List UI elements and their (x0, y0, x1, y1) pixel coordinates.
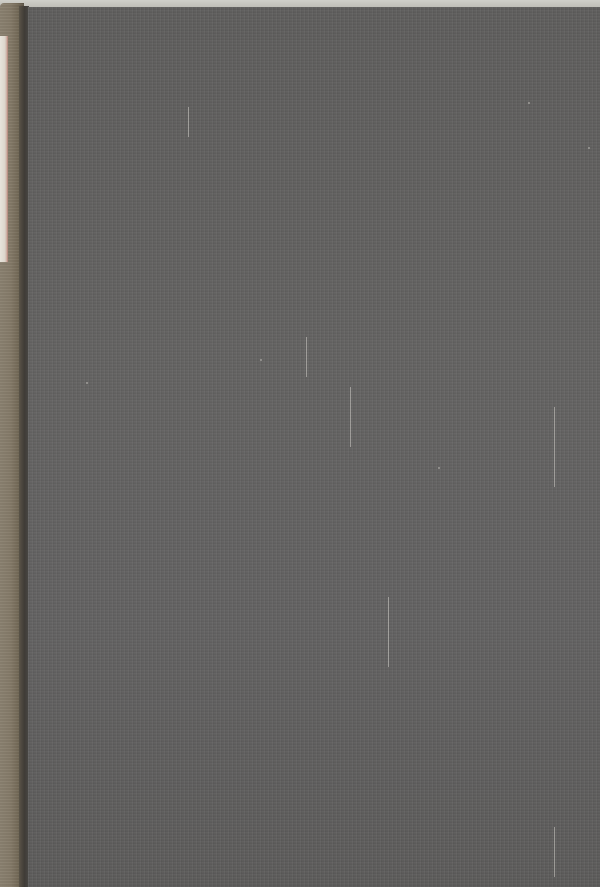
cloth-fleck (260, 359, 262, 361)
spine-label-fragment (0, 36, 7, 262)
cloth-fleck (306, 337, 307, 377)
cloth-fleck (588, 147, 590, 149)
cloth-fleck (554, 827, 555, 877)
cloth-fleck (350, 387, 351, 447)
book-cover-photo (0, 0, 600, 887)
cloth-fleck (188, 107, 189, 137)
cloth-fleck (528, 102, 530, 104)
cloth-fleck (388, 597, 389, 667)
cloth-fleck (554, 407, 555, 487)
front-cover-cloth (28, 7, 600, 887)
cloth-fleck (86, 382, 88, 384)
cloth-fleck (438, 467, 440, 469)
